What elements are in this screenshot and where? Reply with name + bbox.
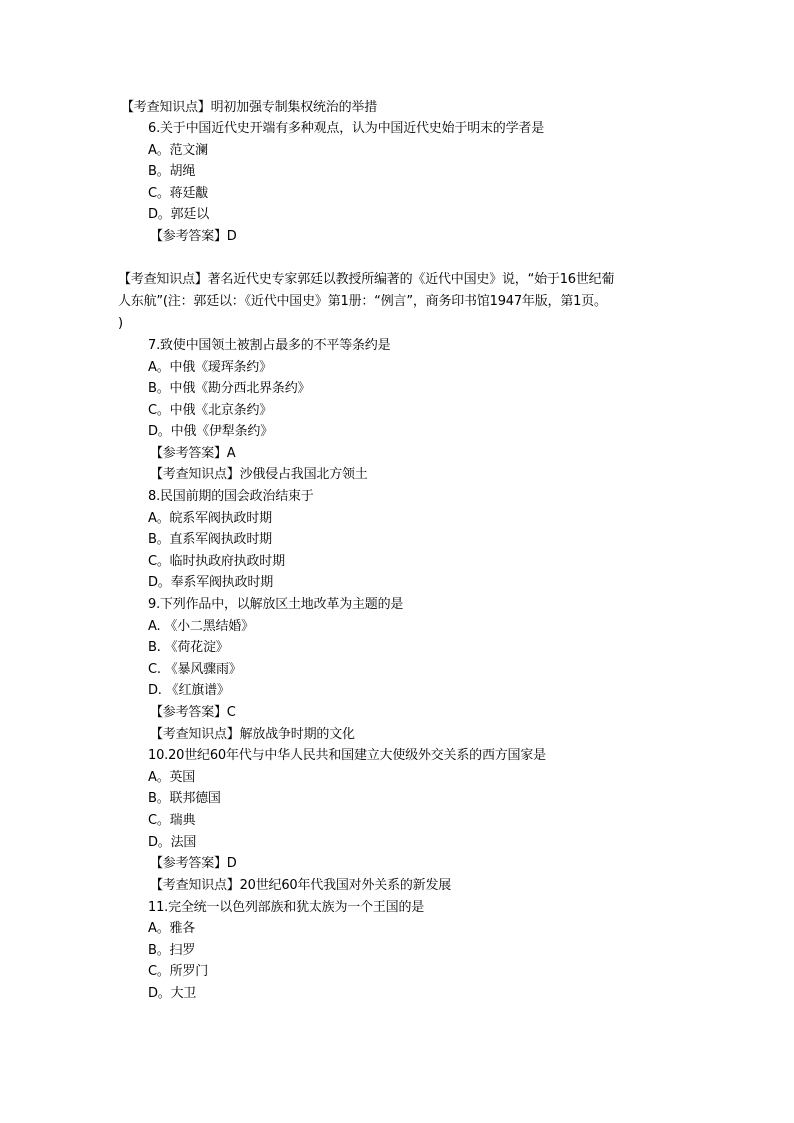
option-c: C。蒋廷黻 [148, 186, 208, 202]
option-c: C。所罗门 [148, 964, 208, 980]
question-6: 6.关于中国近代史开端有多种观点，认为中国近代史始于明末的学者是 [148, 121, 544, 137]
question-9: 9.下列作品中，以解放区土地改革为主题的是 [148, 597, 403, 613]
option-a: A。范文澜 [148, 143, 208, 159]
reference-answer: 【参考答案】C [150, 705, 236, 721]
document-page: 【考查知识点】明初加强专制集权统治的举措 6.关于中国近代史开端有多种观点，认为… [0, 0, 794, 1123]
option-d: D。中俄《伊犁条约》 [148, 424, 273, 440]
knowledge-point: 【考查知识点】沙俄侵占我国北方领土 [150, 467, 368, 483]
knowledge-point: 【考查知识点】解放战争时期的文化 [150, 727, 355, 743]
question-11: 11.完全统一以色列部族和犹太族为一个王国的是 [148, 900, 424, 916]
option-b: B. 《荷花淀》 [148, 640, 229, 656]
reference-answer: 【参考答案】A [150, 446, 236, 462]
option-b: B。联邦德国 [148, 791, 221, 807]
option-c: C。中俄《北京条约》 [148, 403, 272, 419]
option-a: A。皖系军阀执政时期 [148, 511, 272, 527]
option-d: D。法国 [148, 835, 196, 851]
option-d: D。奉系军阀执政时期 [148, 575, 273, 591]
option-d: D。大卫 [148, 986, 196, 1002]
paragraph-line-3: ) [118, 313, 678, 335]
paragraph-line-2: 人东航”(注：郭廷以：《近代中国史》第1册：“例言”，商务印书馆1947年版，第… [118, 291, 678, 313]
option-a: A。中俄《瑷珲条约》 [148, 360, 272, 376]
option-d: D。郭廷以 [148, 207, 209, 223]
knowledge-point: 【考查知识点】明初加强专制集权统治的举措 [121, 100, 377, 116]
paragraph-line-1: 【考查知识点】著名近代史专家郭廷以教授所编著的《近代中国史》说，“始于16世纪葡 [118, 269, 678, 291]
option-d: D. 《红旗谱》 [148, 683, 230, 699]
option-b: B。胡绳 [148, 164, 195, 180]
knowledge-point: 【考查知识点】20世纪60年代我国对外关系的新发展 [150, 878, 451, 894]
question-7: 7.致使中国领土被割占最多的不平等条约是 [148, 338, 390, 354]
option-a: A。英国 [148, 770, 195, 786]
option-a: A. 《小二黑结婚》 [148, 619, 254, 635]
option-b: B。直系军阀执政时期 [148, 532, 272, 548]
option-c: C。临时执政府执政时期 [148, 554, 285, 570]
option-b: B。中俄《勘分西北界条约》 [148, 381, 310, 397]
question-8: 8.民国前期的国会政治结束于 [148, 489, 314, 505]
reference-answer: 【参考答案】D [150, 856, 237, 872]
option-b: B。扫罗 [148, 943, 195, 959]
option-a: A。雅各 [148, 921, 195, 937]
option-c: C。瑞典 [148, 813, 195, 829]
knowledge-paragraph: 【考查知识点】著名近代史专家郭廷以教授所编著的《近代中国史》说，“始于16世纪葡… [118, 269, 678, 335]
question-10: 10.20世纪60年代与中华人民共和国建立大使级外交关系的西方国家是 [148, 748, 546, 764]
reference-answer: 【参考答案】D [150, 229, 237, 245]
option-c: C. 《暴风骤雨》 [148, 662, 242, 678]
